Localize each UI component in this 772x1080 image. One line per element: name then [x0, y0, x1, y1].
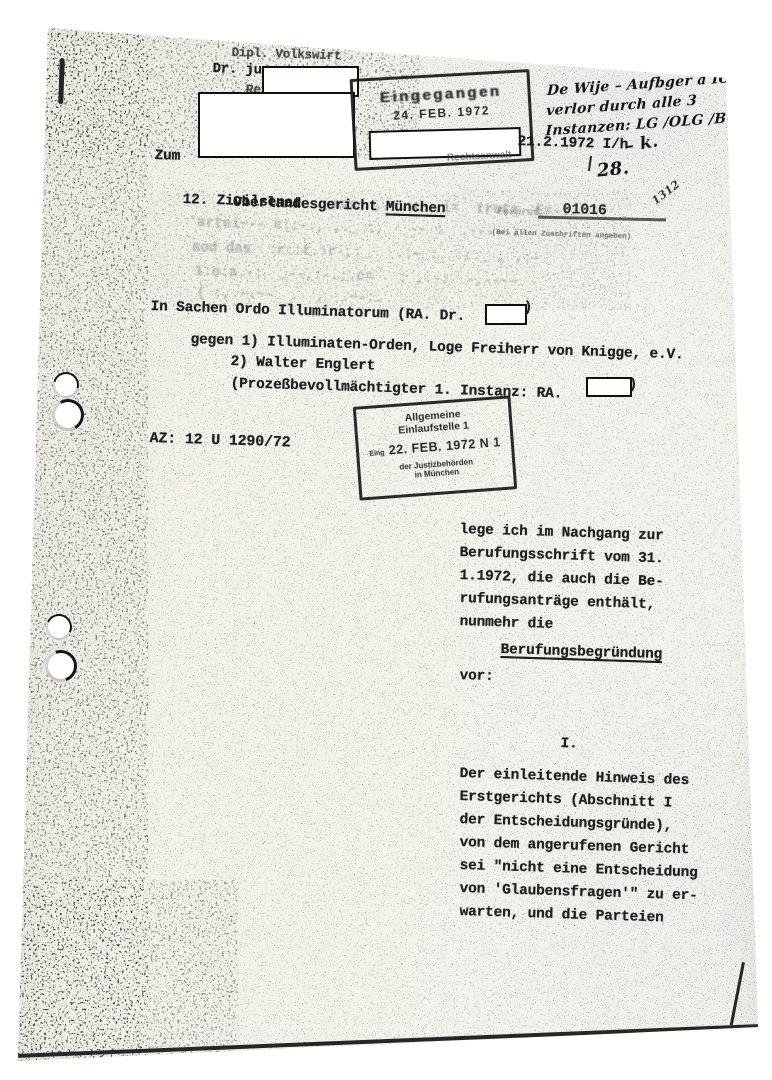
- paper-sheet: Dipl. Volkswirt Dr. jur. Re Eingegangen …: [0, 0, 772, 1080]
- heading-berufungsbegruendung: Berufungsbegründung: [500, 639, 662, 667]
- page-right-edge-shadow: [730, 962, 745, 1025]
- redaction-box: [198, 92, 355, 158]
- case-counsel-close-paren: ): [628, 374, 637, 397]
- handwritten-signoff: – k.: [624, 131, 660, 156]
- intake-stamp-date-prefix: Eing: [369, 450, 385, 458]
- ink-mark: [588, 156, 592, 171]
- handwritten-note: De Wije – Aufbger a IO – verlor durch al…: [545, 67, 754, 142]
- redaction-box: [485, 304, 527, 325]
- letterhead-note: (Bei allen Zuschriften angeben): [491, 222, 631, 249]
- section-numeral: I.: [560, 733, 578, 757]
- punch-hole: [42, 610, 75, 643]
- punch-hole: [48, 395, 87, 434]
- body-line: nunmehr die: [459, 611, 553, 637]
- intake-stamp-date: 22. FEB. 1972 N 1: [388, 435, 501, 457]
- intake-stamp: Allgemeine Einlaufstelle 1 Eing 22. FEB.…: [353, 395, 517, 500]
- scanned-document-page: Dipl. Volkswirt Dr. jur. Re Eingegangen …: [0, 0, 772, 1080]
- punch-hole: [40, 645, 83, 688]
- redaction-box: [586, 377, 632, 397]
- az-line: AZ: 12 U 1290/72: [149, 427, 290, 454]
- page-bottom-edge-shadow: [14, 1024, 762, 1058]
- punch-hole: [48, 367, 84, 403]
- margin-ink-mark: [58, 58, 65, 104]
- recipient-zum: Zum: [154, 145, 180, 169]
- case-caption-line: In Sachen Ordo Illuminatorum (RA. Dr.: [150, 296, 474, 329]
- case-caption-close-paren: ): [523, 297, 532, 320]
- case-counsel-line: (Prozeßbevollmächtigter 1. Instanz: RA.: [230, 373, 571, 407]
- handwritten-scribble: 1312: [649, 178, 682, 208]
- handwritten-number: 28.: [596, 157, 630, 181]
- body-closing: vor:: [459, 665, 494, 689]
